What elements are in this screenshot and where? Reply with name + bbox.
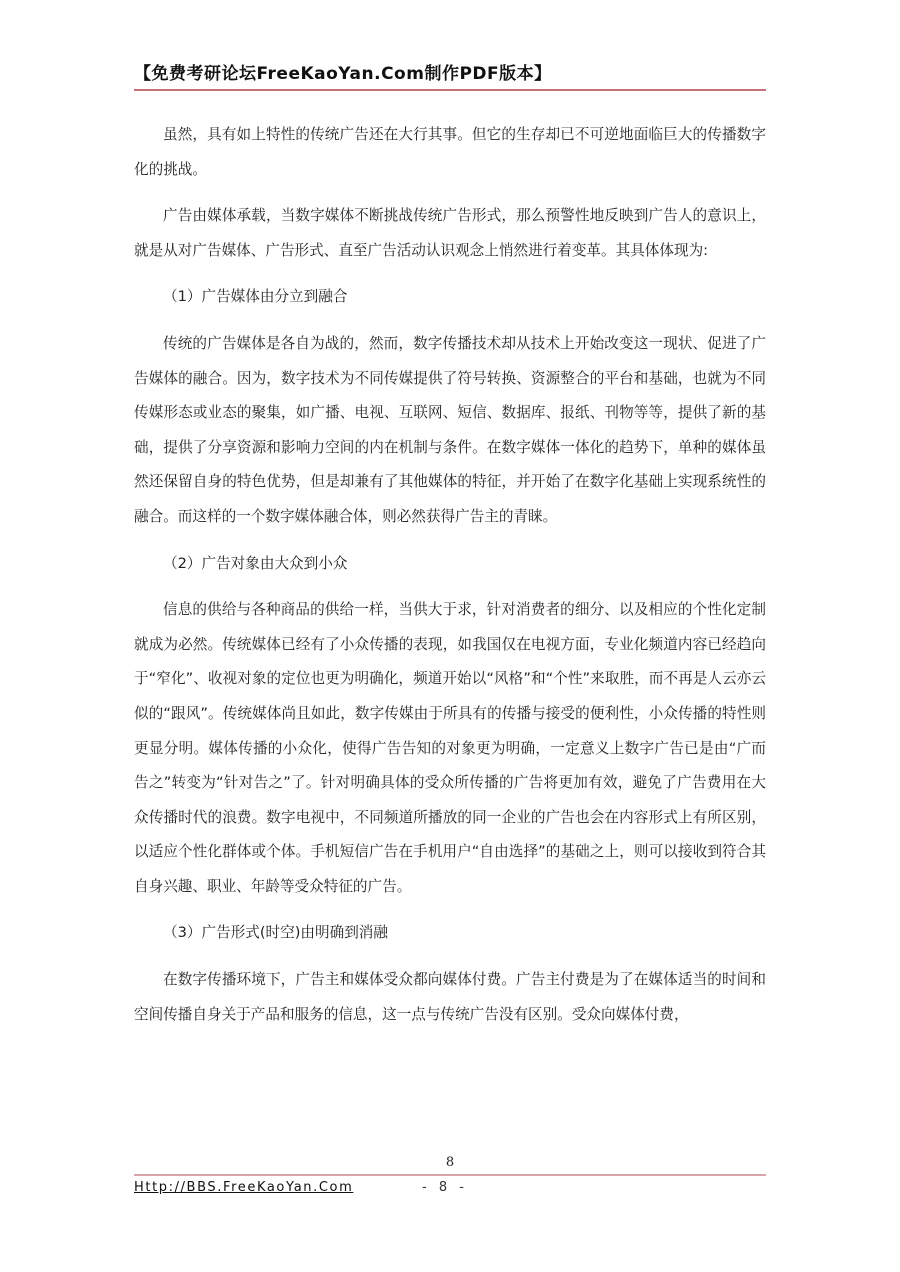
page-number: 8 [0, 1155, 900, 1170]
header-title: 【免费考研论坛FreeKaoYan.Com制作PDF版本】 [134, 62, 766, 86]
paragraph: 广告由媒体承载，当数字媒体不断挑战传统广告形式，那么预警性地反映到广告人的意识上… [134, 199, 766, 268]
section-heading: （3）广告形式(时空)由明确到消融 [134, 916, 766, 951]
paragraph: 虽然，具有如上特性的传统广告还在大行其事。但它的生存却已不可逆地面临巨大的传播数… [134, 118, 766, 187]
footer-page-label: - 8 - [422, 1180, 468, 1195]
paragraph: 在数字传播环境下，广告主和媒体受众都向媒体付费。广告主付费是为了在媒体适当的时间… [134, 963, 766, 1032]
paragraph: 信息的供给与各种商品的供给一样，当供大于求，针对消费者的细分、以及相应的个性化定… [134, 593, 766, 904]
header-divider [134, 89, 766, 91]
footer-divider [134, 1174, 766, 1176]
section-heading: （1）广告媒体由分立到融合 [134, 280, 766, 315]
page-header: 【免费考研论坛FreeKaoYan.Com制作PDF版本】 [134, 62, 766, 86]
footer-link[interactable]: Http://BBS.FreeKaoYan.Com [134, 1180, 353, 1195]
document-body: 虽然，具有如上特性的传统广告还在大行其事。但它的生存却已不可逆地面临巨大的传播数… [134, 118, 766, 1032]
section-heading: （2）广告对象由大众到小众 [134, 547, 766, 582]
paragraph: 传统的广告媒体是各自为战的，然而，数字传播技术却从技术上开始改变这一现状、促进了… [134, 327, 766, 535]
